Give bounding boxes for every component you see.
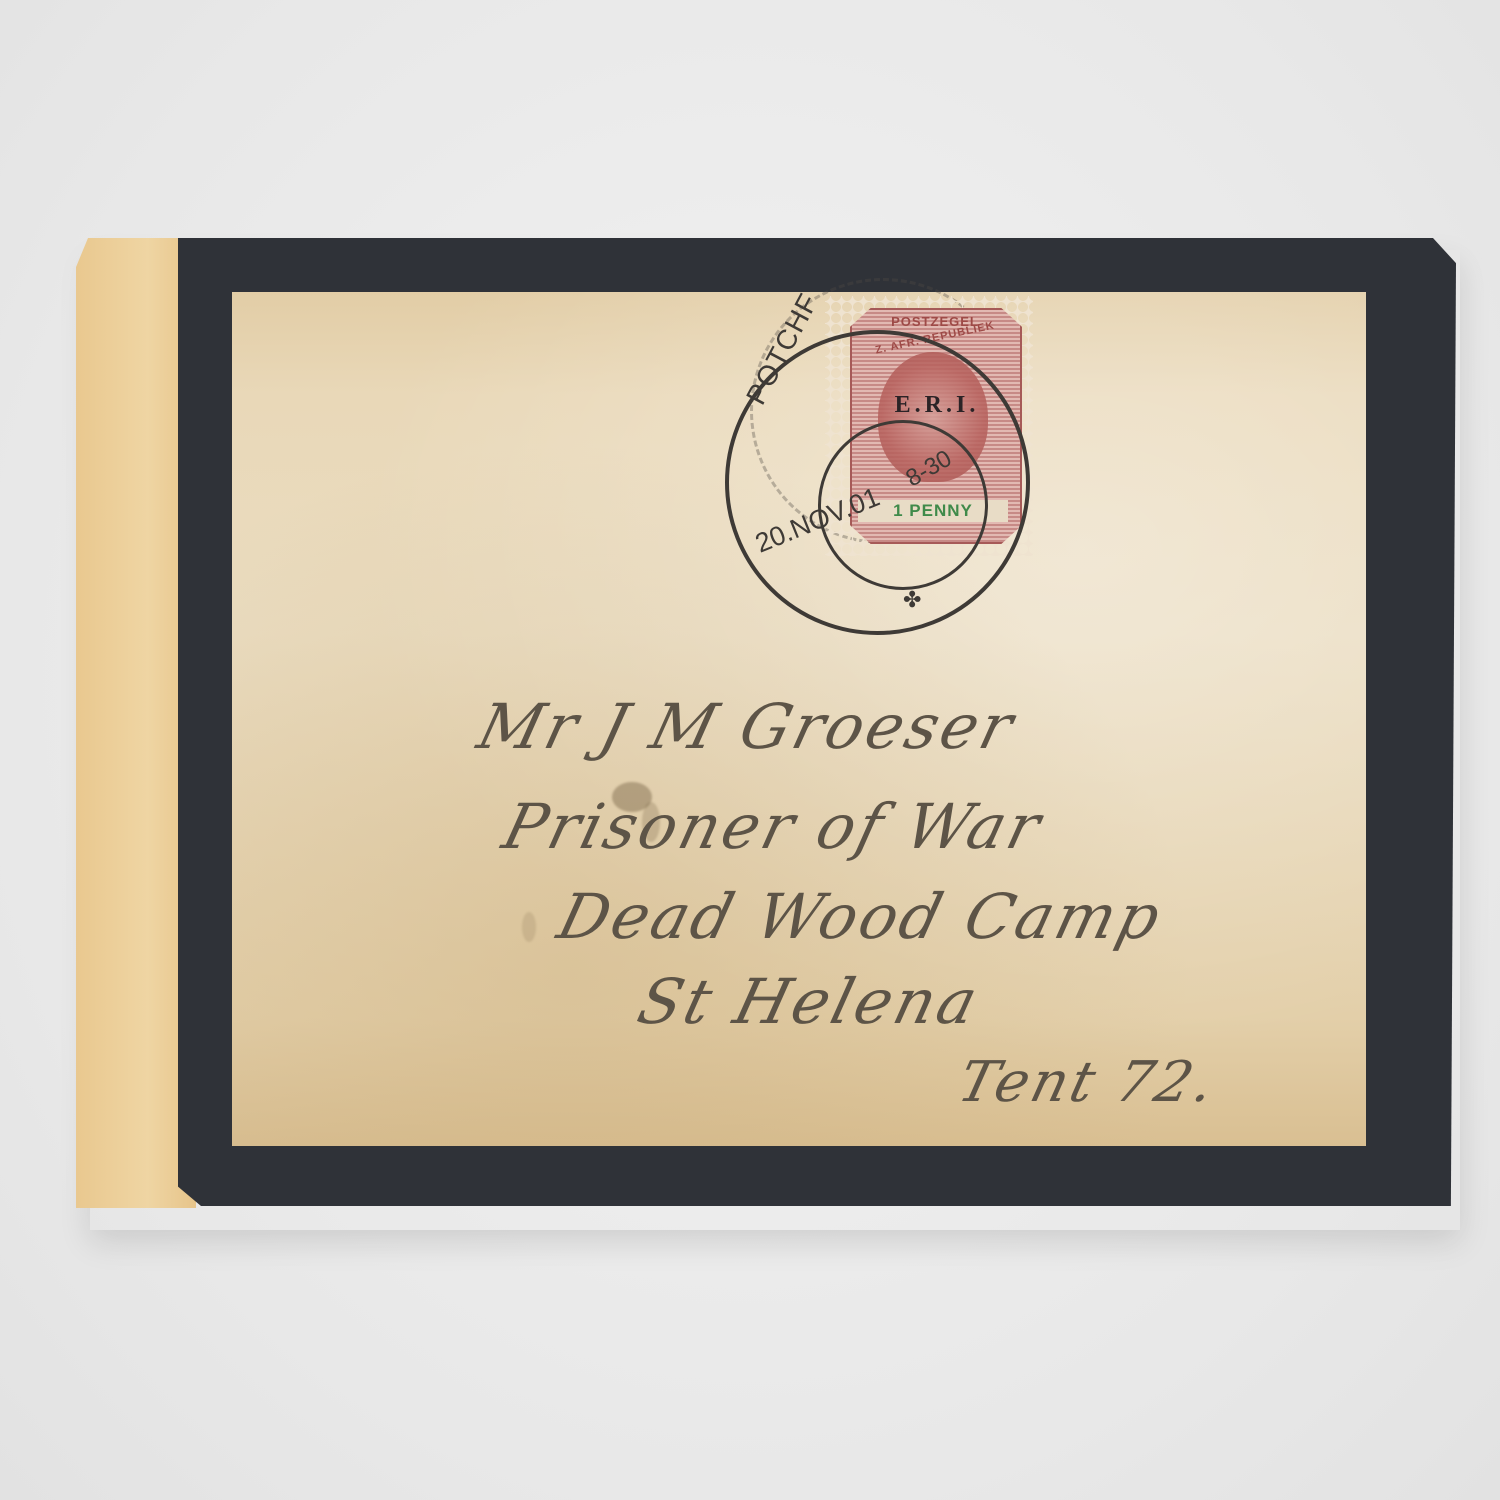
ink-stain <box>522 912 536 942</box>
address-line-camp: Dead Wood Camp <box>551 880 1170 953</box>
address-line-status: Prisoner of War <box>496 790 1050 863</box>
address-line-name: Mr J M Groeser <box>471 690 1023 763</box>
postmark-ornament-icon: ✤ <box>903 588 921 613</box>
address-line-tent: Tent 72. <box>952 1050 1224 1115</box>
address-line-island: St Helena <box>631 965 987 1038</box>
